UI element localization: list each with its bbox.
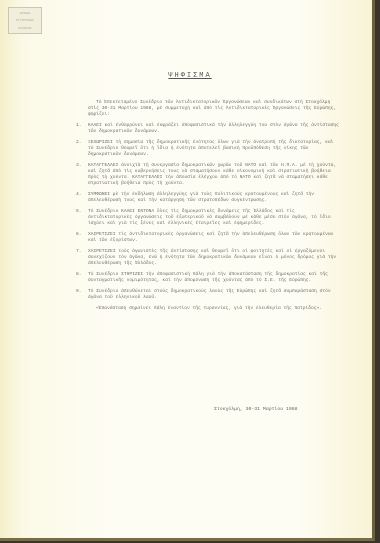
item-text: ΚΑΛΕΙ καὶ ἐνθαρρύνει καὶ ἐκφράζει ἀποφασ… [88, 123, 340, 135]
resolution-item: 4. ΣΥΜΦΩΝΕΙ μὲ τὴν ἐκδήλωση ἀλληλεγγύης … [76, 192, 340, 204]
stamp-line-2: ΣΥΓΧΡΟΝΗΣ [16, 18, 34, 22]
item-text: Τὸ Συνέδριο ΚΑΛΕΙ ΕΝΤΟΝΑ ὅλες τὶς δημοκρ… [88, 209, 340, 227]
item-number: 2. [76, 140, 88, 158]
resolution-item: 7. ΧΑΙΡΕΤΙΖΕΙ τοὺς ἀγωνιστὲς τῆς ἀντίστα… [76, 249, 340, 267]
resolution-item: 3. ΚΑΤΑΓΓΕΛΛΕΙ ἀνοιχτὰ τὴ συνεργασία δημ… [76, 163, 340, 187]
place-date-signature: Στοκχόλμη, 30-31 Μαρτίου 1968 [214, 407, 297, 412]
item-number: 8. [76, 272, 88, 284]
item-text: ΧΑΙΡΕΤΙΖΕΙ τὶς ἀντιδικτατορικὲς ὀργανώσε… [88, 232, 340, 244]
archive-stamp: ΑΡΧΕΙΑ ΣΥΓΧΡΟΝΗΣ ΙΣΤΟΡΙΑΣ [8, 7, 42, 34]
item-number: 1. [76, 123, 88, 135]
item-number: 4. [76, 192, 88, 204]
resolution-item: 6. ΧΑΙΡΕΤΙΖΕΙ τὶς ἀντιδικτατορικὲς ὀργαν… [76, 232, 340, 244]
intro-paragraph: Τὸ Ἐπεκτεταμένο Συνέδριο τῶν Ἀντιδικτατο… [88, 100, 340, 118]
stamp-line-3: ΙΣΤΟΡΙΑΣ [18, 26, 32, 30]
item-text: ΧΑΙΡΕΤΙΖΕΙ τοὺς ἀγωνιστὲς τῆς ἀντίστασης… [88, 249, 340, 267]
stamp-line-1: ΑΡΧΕΙΑ [20, 11, 31, 15]
item-number: 5. [76, 209, 88, 227]
item-number: 6. [76, 232, 88, 244]
resolution-item: 9. Τὸ Συνέδριο ἀπευθύνεται στοὺς δημοκρα… [76, 289, 340, 301]
item-number: 3. [76, 163, 88, 187]
document-page: ΑΡΧΕΙΑ ΣΥΓΧΡΟΝΗΣ ΙΣΤΟΡΙΑΣ ΨΗΦΙΣΜΑ Τὸ Ἐπε… [0, 0, 375, 541]
resolution-item: 8. Τὸ Συνέδριο ΣΤΗΡΙΖΕΙ τὴν ἀποφασιστικὴ… [76, 272, 340, 284]
item-text: Τὸ Συνέδριο ἀπευθύνεται στοὺς δημοκρατικ… [88, 289, 340, 301]
document-body: Τὸ Ἐπεκτεταμένο Συνέδριο τῶν Ἀντιδικτατο… [88, 100, 340, 317]
item-text: ΚΑΤΑΓΓΕΛΛΕΙ ἀνοιχτὰ τὴ συνεργασία δημοκρ… [88, 163, 340, 187]
item-number: 9. [76, 289, 88, 301]
resolution-item: 2. ΞΕΧΩΡΙΖΕΙ τὴ σημασία τῆς δημοκρατικῆς… [76, 140, 340, 158]
document-title: ΨΗΦΙΣΜΑ [0, 72, 380, 80]
resolution-item: 5. Τὸ Συνέδριο ΚΑΛΕΙ ΕΝΤΟΝΑ ὅλες τὶς δημ… [76, 209, 340, 227]
item-number: 7. [76, 249, 88, 267]
closing-quote: «Ἐπανάσταση σημαίνει πάλη ἐναντίον τῆς τ… [88, 306, 340, 312]
item-text: ΣΥΜΦΩΝΕΙ μὲ τὴν ἐκδήλωση ἀλληλεγγύης γιὰ… [88, 192, 340, 204]
item-text: ΞΕΧΩΡΙΖΕΙ τὴ σημασία τῆς δημοκρατικῆς ἑν… [88, 140, 340, 158]
resolution-item: 1. ΚΑΛΕΙ καὶ ἐνθαρρύνει καὶ ἐκφράζει ἀπο… [76, 123, 340, 135]
item-text: Τὸ Συνέδριο ΣΤΗΡΙΖΕΙ τὴν ἀποφασιστικὴ πά… [88, 272, 340, 284]
